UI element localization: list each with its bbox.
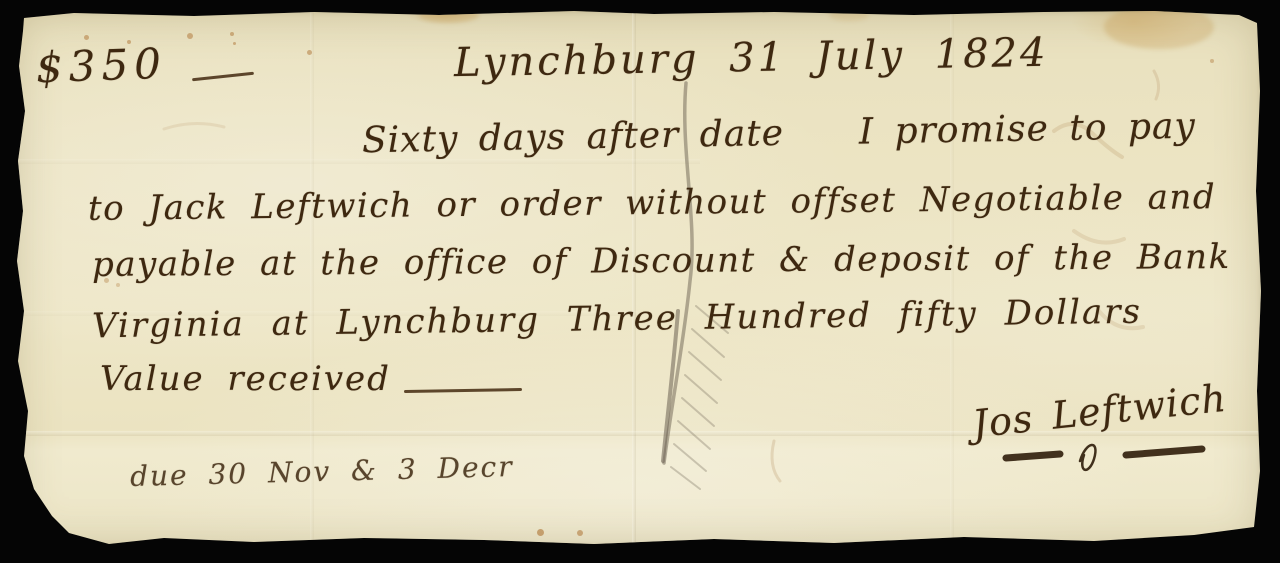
opening-phrase: Sixty days after date [362,113,785,161]
body-line-payee: to Jack Leftwich or order without offset… [88,177,1216,229]
promissory-note-paper: $350 Lynchburg 31 July 1824 Sixty days a… [14,11,1262,547]
body-line-payable: payable at the office of Discount & depo… [92,237,1231,285]
body-line-opening: Sixty days after date I promise to pay [362,106,1196,162]
signature-flourish [1006,445,1202,470]
fold-crease-vertical-right [950,11,954,547]
amount-figure: $350 [35,39,168,93]
fold-crease-horizontal-upper [14,159,700,164]
promise-phrase: I promise to pay [859,106,1197,153]
photo-background: $350 Lynchburg 31 July 1824 Sixty days a… [0,0,1280,563]
due-date-memo: due 30 Nov & 3 Decr [130,450,514,493]
body-line-sum: Virginia at Lynchburg Three Hundred fift… [92,292,1142,347]
place-date-line: Lynchburg 31 July 1824 [454,30,1049,86]
value-flourish-stroke [404,388,522,393]
value-received-line: Value received [100,359,391,399]
amount-flourish-stroke [192,72,254,81]
